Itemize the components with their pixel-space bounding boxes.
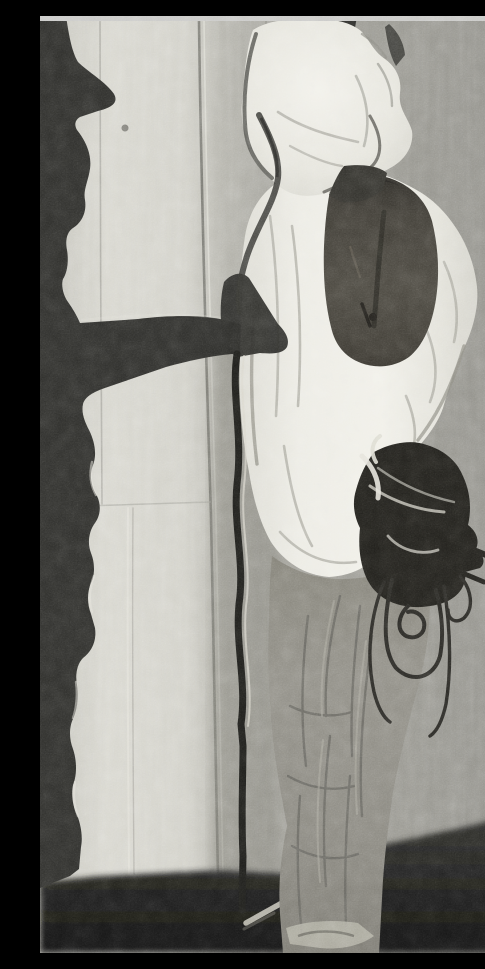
photo-canvas (40, 16, 485, 953)
film-grain-overlay (40, 16, 485, 953)
archival-photograph (40, 16, 485, 953)
